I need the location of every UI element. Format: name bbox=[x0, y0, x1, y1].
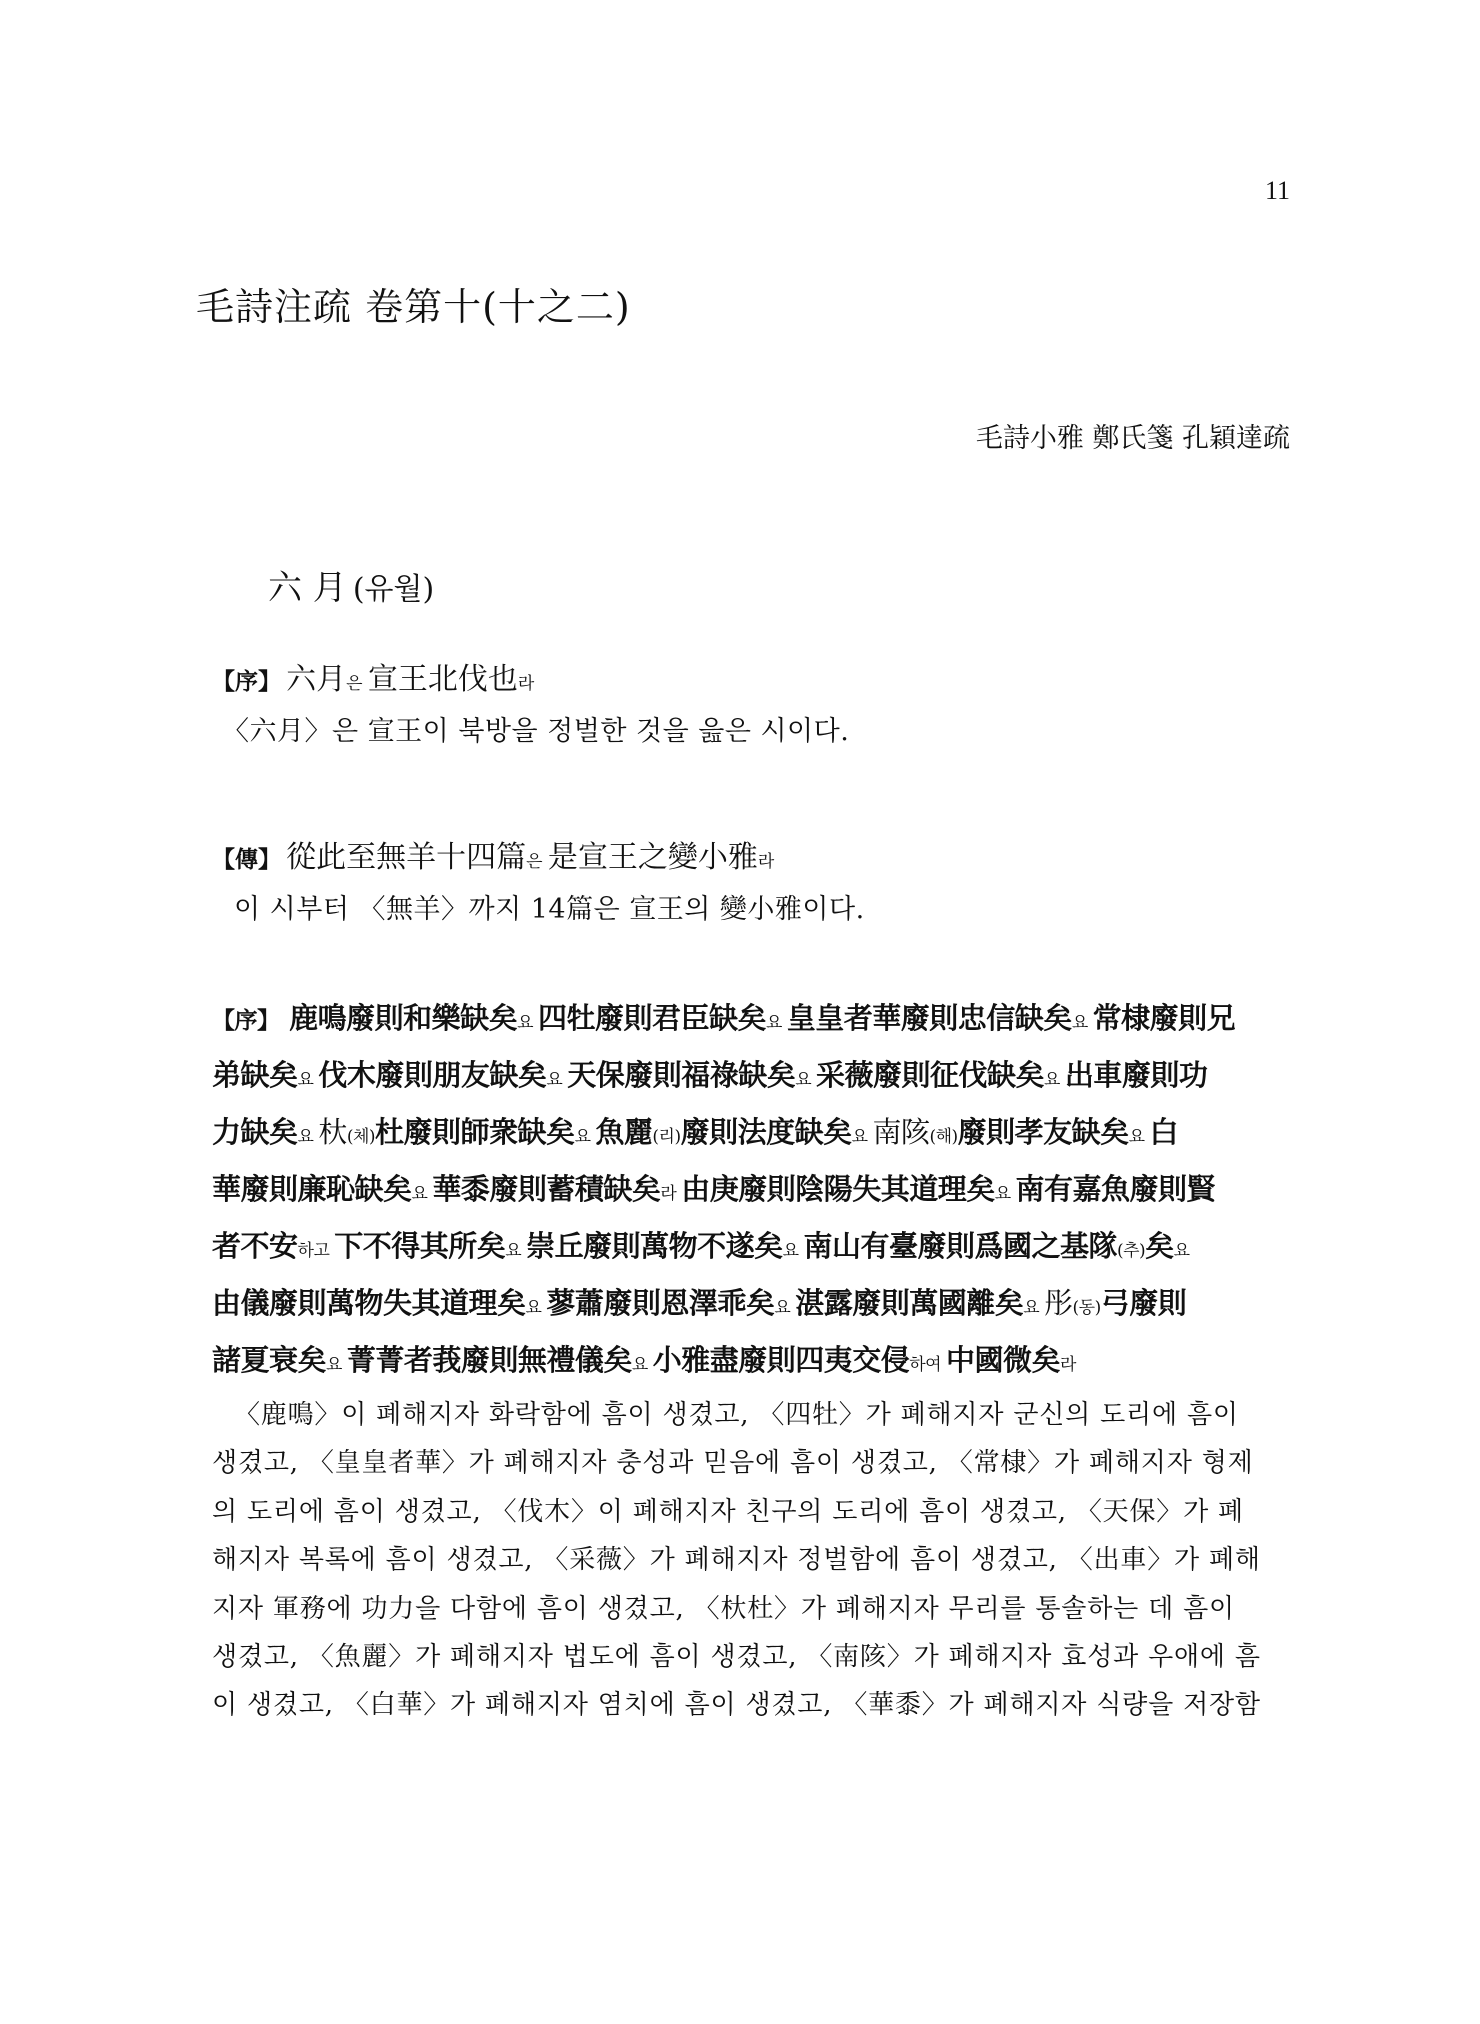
particle: 은 bbox=[346, 674, 368, 694]
translation-line: 생겼고, 〈皇皇者華〉가 폐해지자 충성과 믿음에 흠이 생겼고, 〈常棣〉가 … bbox=[212, 1445, 1254, 1481]
hanja-text: 廢則孝友缺矣 bbox=[958, 1115, 1129, 1149]
particle: 하고 bbox=[298, 1241, 335, 1261]
hanja-text: 是宣王之變小雅 bbox=[548, 840, 758, 875]
hanja-text: 常棣廢則兄 bbox=[1093, 1001, 1236, 1035]
particle: 요 bbox=[1023, 1298, 1044, 1318]
hanja-text: 皇皇者華廢則忠信缺矣 bbox=[787, 1001, 1072, 1035]
section-label: 【序】 bbox=[212, 1007, 280, 1034]
hanja-text: 小雅盡廢則四夷交侵 bbox=[653, 1343, 910, 1377]
particle: 라 bbox=[1060, 1355, 1076, 1375]
translation-line: 〈鹿鳴〉이 폐해지자 화락함에 흠이 생겼고, 〈四牡〉가 폐해지자 군신의 도… bbox=[212, 1397, 1239, 1433]
particle: 요 bbox=[795, 1070, 816, 1090]
particle: 라 bbox=[758, 852, 774, 872]
original-text: 【傳】 從此至無羊十四篇은 是宣王之變小雅라 bbox=[212, 838, 1297, 878]
translation-line: 의 도리에 흠이 생겼고, 〈伐木〉이 폐해지자 친구의 도리에 흠이 생겼고,… bbox=[212, 1494, 1244, 1530]
hanja-text: 崇丘廢則萬物不遂矣 bbox=[526, 1229, 783, 1263]
particle: 요 bbox=[783, 1241, 804, 1261]
particle: 요 bbox=[632, 1355, 653, 1375]
hanja-text: 杕 bbox=[318, 1115, 347, 1149]
hanja-text: 采薇廢則征伐缺矣 bbox=[816, 1058, 1044, 1092]
particle: 라 bbox=[660, 1184, 681, 1204]
original-text: 【序】 六月은 宣王北伐也라 bbox=[212, 660, 1297, 700]
poem-title: 六 月(유월) bbox=[268, 560, 434, 609]
particle: 요 bbox=[298, 1070, 319, 1090]
particle: 은 bbox=[526, 852, 548, 872]
hanja-text: 中國微矣 bbox=[946, 1343, 1060, 1377]
hanja-text: 華廢則廉恥缺矣 bbox=[212, 1172, 412, 1206]
particle: 요 bbox=[774, 1298, 795, 1318]
attribution: 毛詩小雅 鄭氏箋 孔穎達疏 bbox=[976, 416, 1290, 455]
hanja-text: 由儀廢則萬物失其道理矣 bbox=[212, 1286, 526, 1320]
hanja-text: 蓼蕭廢則恩澤乖矣 bbox=[546, 1286, 774, 1320]
particle: 요 bbox=[412, 1184, 433, 1204]
translation-line: 이 생겼고, 〈白華〉가 폐해지자 염치에 흠이 생겼고, 〈華黍〉가 폐해지자… bbox=[212, 1687, 1261, 1723]
hanja-text: 者不安 bbox=[212, 1229, 298, 1263]
hanja-text: 六月 bbox=[286, 662, 346, 697]
original-line: 華廢則廉恥缺矣요 華黍廢則蓄積缺矣라 由庚廢則陰陽失其道理矣요 南有嘉魚廢則賢 bbox=[212, 1167, 1215, 1211]
book-title: 毛詩注疏 卷第十(十之二) bbox=[196, 276, 631, 331]
hanja-text: 湛露廢則萬國離矣 bbox=[795, 1286, 1023, 1320]
particle: 요 bbox=[766, 1013, 787, 1033]
original-line: 由儀廢則萬物失其道理矣요 蓼蕭廢則恩澤乖矣요 湛露廢則萬國離矣요 彤(동)弓廢則 bbox=[212, 1281, 1186, 1325]
translation-line: 생겼고, 〈魚麗〉가 폐해지자 법도에 흠이 생겼고, 〈南陔〉가 폐해지자 효… bbox=[212, 1639, 1261, 1675]
hanja-text: 從此至無羊十四篇 bbox=[286, 840, 526, 875]
particle: 요 bbox=[505, 1241, 526, 1261]
translation-line: 해지자 복록에 흠이 생겼고, 〈采薇〉가 폐해지자 정벌함에 흠이 생겼고, … bbox=[212, 1542, 1261, 1578]
particle: 라 bbox=[518, 674, 534, 694]
original-line: 力缺矣요 杕(체)杜廢則師衆缺矣요 魚麗(리)廢則法度缺矣요 南陔(해)廢則孝友… bbox=[212, 1110, 1178, 1154]
hanja-text: 力缺矣 bbox=[212, 1115, 298, 1149]
hanja-text: 華黍廢則蓄積缺矣 bbox=[432, 1172, 660, 1206]
poem-title-reading: (유월) bbox=[353, 572, 434, 607]
reading-annotation: (동) bbox=[1073, 1298, 1101, 1318]
reading-annotation: (체) bbox=[347, 1127, 375, 1147]
particle: 요 bbox=[1129, 1127, 1150, 1147]
hanja-text: 出車廢則功 bbox=[1065, 1058, 1208, 1092]
section-preface: 【序】 六月은 宣王北伐也라 〈六月〉은 宣王이 북방을 정벌한 것을 읊은 시… bbox=[212, 660, 1297, 750]
hanja-text: 廢則法度缺矣 bbox=[681, 1115, 852, 1149]
hanja-text: 伐木廢則朋友缺矣 bbox=[318, 1058, 546, 1092]
hanja-text: 諸夏衰矣 bbox=[212, 1343, 326, 1377]
reading-annotation: (추) bbox=[1117, 1241, 1145, 1261]
translation-text: 이 시부터 〈無羊〉까지 14篇은 宣王의 變小雅이다. bbox=[212, 892, 1297, 928]
hanja-text: 天保廢則福祿缺矣 bbox=[567, 1058, 795, 1092]
hanja-text: 菁菁者莪廢則無禮儀矣 bbox=[347, 1343, 632, 1377]
poem-title-text: 六 月 bbox=[268, 568, 347, 608]
hanja-text: 彤 bbox=[1044, 1286, 1073, 1320]
particle: 요 bbox=[1044, 1070, 1065, 1090]
hanja-text: 弟缺矣 bbox=[212, 1058, 298, 1092]
particle: 요 bbox=[546, 1070, 567, 1090]
original-line: 諸夏衰矣요 菁菁者莪廢則無禮儀矣요 小雅盡廢則四夷交侵하여 中國微矣라 bbox=[212, 1338, 1076, 1382]
hanja-text: 魚麗 bbox=[595, 1115, 652, 1149]
reading-annotation: (해) bbox=[929, 1127, 957, 1147]
particle: 하여 bbox=[909, 1355, 946, 1375]
particle: 요 bbox=[326, 1355, 347, 1375]
particle: 요 bbox=[526, 1298, 547, 1318]
hanja-text: 四牡廢則君臣缺矣 bbox=[538, 1001, 766, 1035]
page-number: 11 bbox=[1265, 176, 1290, 206]
hanja-text: 南有嘉魚廢則賢 bbox=[1016, 1172, 1216, 1206]
translation-line: 지자 軍務에 功力을 다함에 흠이 생겼고, 〈杕杜〉가 폐해지자 무리를 통솔… bbox=[212, 1591, 1235, 1627]
particle: 요 bbox=[517, 1013, 538, 1033]
translation-text: 〈六月〉은 宣王이 북방을 정벌한 것을 읊은 시이다. bbox=[212, 714, 1297, 750]
hanja-text: 鹿鳴廢則和樂缺矣 bbox=[289, 1001, 517, 1035]
hanja-text: 由庚廢則陰陽失其道理矣 bbox=[681, 1172, 995, 1206]
reading-annotation: (리) bbox=[652, 1127, 680, 1147]
particle: 요 bbox=[1174, 1241, 1190, 1261]
hanja-text: 矣 bbox=[1145, 1229, 1174, 1263]
hanja-text: 南陔 bbox=[872, 1115, 929, 1149]
original-line: 弟缺矣요 伐木廢則朋友缺矣요 天保廢則福祿缺矣요 采薇廢則征伐缺矣요 出車廢則功 bbox=[212, 1053, 1207, 1097]
particle: 요 bbox=[1072, 1013, 1093, 1033]
particle: 요 bbox=[852, 1127, 873, 1147]
hanja-text: 杜廢則師衆缺矣 bbox=[375, 1115, 575, 1149]
section-label: 【序】 bbox=[212, 668, 281, 695]
hanja-text: 下不得其所矣 bbox=[334, 1229, 505, 1263]
particle: 요 bbox=[575, 1127, 596, 1147]
original-line: 者不安하고 下不得其所矣요 崇丘廢則萬物不遂矣요 南山有臺廢則爲國之基隊(추)矣… bbox=[212, 1224, 1190, 1268]
hanja-text: 白 bbox=[1149, 1115, 1178, 1149]
original-line: 【序】 鹿鳴廢則和樂缺矣요 四牡廢則君臣缺矣요 皇皇者華廢則忠信缺矣요 常棣廢則… bbox=[212, 996, 1235, 1040]
hanja-text: 南山有臺廢則爲國之基隊 bbox=[803, 1229, 1117, 1263]
section-commentary: 【傳】 從此至無羊十四篇은 是宣王之變小雅라 이 시부터 〈無羊〉까지 14篇은… bbox=[212, 838, 1297, 928]
hanja-text: 宣王北伐也 bbox=[368, 662, 518, 697]
particle: 요 bbox=[298, 1127, 319, 1147]
section-label: 【傳】 bbox=[212, 846, 281, 873]
hanja-text: 弓廢則 bbox=[1101, 1286, 1187, 1320]
particle: 요 bbox=[995, 1184, 1016, 1204]
